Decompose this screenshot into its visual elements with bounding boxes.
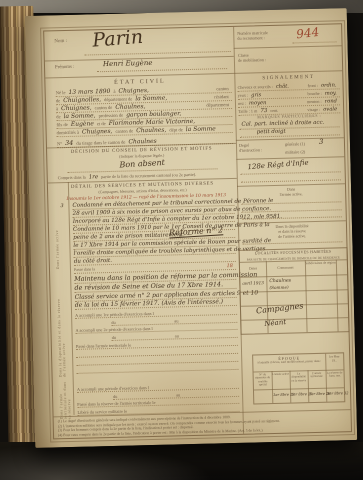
printed-label: au [176,392,180,397]
matricule-value: 944 [296,25,320,41]
printed-label: A accompli une 1re période d'exercices d… [75,311,154,318]
epoque-subtitle: à laquelle il devra, sauf modifications,… [255,360,323,365]
form-frame: Nom : Parin Prénoms : Henri Eugène Numér… [43,23,352,439]
printed-label: du [112,335,116,340]
epoque-corner: 19.. [332,358,337,362]
photo-background: Nom : Parin Prénoms : Henri Eugène Numér… [0,0,363,480]
printed-label: de [56,114,60,119]
prenoms-value: Henri Eugène [103,59,153,68]
rule [241,179,341,182]
epoque-col-header: L'armée territoriale [308,372,326,379]
handwritten-value: rond [325,98,337,104]
localites-table: LOCALITÉS SUCCESSIVES HABITÉES PAR SUITE… [239,247,350,335]
armee-active-label: l'armée active. [280,191,303,197]
printed-label: Taille : 1 m [238,108,257,113]
rule [97,68,227,72]
handwritten-value: 13 mars 1890 [68,88,110,96]
printed-label: cent. [270,108,278,113]
printed-label: Passé dans l'armée territoriale le [76,342,132,348]
localites-row-commune: Chaulnes [269,279,291,285]
printed-label: canton de [115,128,133,133]
handwritten-value: gris [251,92,261,98]
printed-label: et de [97,121,106,126]
handwritten-value: la Somme [186,125,216,133]
dispo-label: de l'armée active. [278,233,306,239]
rule [241,289,348,293]
handwritten-value: Chaulnes, [136,127,166,135]
handwritten-value: Eugène [71,120,94,128]
margin-number: 3 [60,203,63,209]
margin-section-label: Dans l'armée territoriale et dans sa rés… [59,381,72,419]
localites-row-date: avril 1913 [242,280,264,286]
printed-label: front : [308,83,318,88]
printed-label: dépt de [169,127,183,132]
printed-label: département [206,102,229,108]
epoque-col-header: N° du répertoire du contrôle spécial [254,373,272,387]
printed-label: yeux : [238,93,248,98]
printed-label: profession de [98,113,123,119]
printed-label: Cheveux et sourcils : [238,84,273,90]
rule [236,137,344,141]
territoriale-line: Passé dans l'armée territoriale le [76,340,238,350]
nom-label: Nom : [54,39,67,44]
register-page: Nom : Parin Prénoms : Henri Eugène Numér… [25,8,357,448]
handwritten-value: Chuignolles, [63,96,101,104]
epoque-col-header: La disponibilité ou la réserve [290,372,308,382]
printed-label: Compris dans la [58,175,86,181]
printed-label: fils de [56,122,67,127]
instruction-militaire-label: militaire (2) [285,149,305,154]
instruction-generale-label: générale (1) [285,141,305,146]
localites-col-dates: Dates [240,266,266,271]
printed-label: Né le [56,90,66,95]
printed-label: résidant [214,94,229,99]
printed-label: Passé dans la [74,266,95,272]
printed-label: A accompli une période d'exercices dans … [77,385,149,392]
prenoms-label: Prénoms : [55,65,74,70]
printed-label: canton [216,86,228,91]
shadow-area [0,442,363,480]
handwritten-value: chât. [276,84,289,90]
rule [85,51,231,56]
tirage-number: 34 [65,139,73,147]
rule [292,41,336,43]
handwritten-value: moy. [325,90,337,96]
printed-label: A accompli une 2e période d'exercices da… [75,326,152,333]
localites-row-commune-dept: (Somme) [269,285,288,290]
instruction-generale-value: 3 [319,138,324,146]
handwritten-value: Chuignes, [61,104,92,112]
printed-label: visage : [307,107,320,112]
printed-label: bouche : [307,91,321,96]
handwritten-value: moyen [249,100,267,106]
instruction-label: d'instruction : [239,147,262,153]
rule [76,353,238,358]
printed-label: au [175,333,179,338]
localites-col-subdivisions: Subdivisions de région [305,261,336,266]
rule [336,259,339,331]
matricule-label: du recrutement : [237,35,265,41]
rule [305,260,308,332]
epoque-col-header: La réserve de l'arm. terr. [326,371,344,378]
printed-label: département de [104,96,132,102]
printed-label: canton de [95,105,113,110]
rule [241,171,341,174]
rule [234,45,342,49]
red-number: 18 [226,263,233,269]
rule [254,387,344,390]
handwritten-value: Chuignes, [82,128,113,136]
handwritten-value: la Somme, [135,95,167,103]
printed-label: de [56,98,60,103]
nom-value: Parin [92,26,144,52]
printed-label: Passé dans la réserve de l'armée territo… [77,400,155,407]
marques-line: petit doigt [257,129,286,136]
handwritten-value: ordin. [321,82,337,88]
epoque-value: 1er 8bre 32 [327,391,349,396]
handwritten-value: 1re [89,174,99,180]
margin-section-label: Dans la disponibilité et dans la réserve… [57,293,67,377]
rule [76,361,238,366]
regiment-value: 128e Régt d'Infie [247,159,309,172]
handwritten-value: Chaulnes, [115,103,145,111]
printed-label: partie de la liste du recrutement canton… [101,172,196,179]
rule [241,317,348,321]
localites-col-communes: Communes [266,265,305,270]
rule [240,274,347,278]
printed-label: domiciliés à [57,130,79,136]
printed-label: à [113,89,115,94]
printed-label: menton : [307,99,322,104]
handwritten-text: du côté droit. [74,258,112,265]
epoque-col-header: L'armée active [272,373,290,377]
taille-value: 73 [260,108,267,114]
classe-label: de mobilisation : [238,57,266,63]
printed-label: au [174,318,178,323]
epoque-table: ÉPOQUE à laquelle il devra, sauf modific… [252,352,345,404]
handwritten-value: ovale [323,106,337,112]
decision-value: Bon absent [119,158,165,170]
printed-label: à [56,106,58,111]
printed-label: nez : [238,101,246,106]
printed-label: N° [57,141,62,146]
printed-label: du [111,320,115,325]
handwritten-value: la Somme, [63,112,95,120]
handwritten-value: Chuignes, [118,87,149,95]
signalement-title: SIGNALEMENT [234,74,342,82]
handwritten-value: garçon boulanger, [126,110,181,118]
rule [77,369,239,374]
printed-label: du [113,394,117,399]
